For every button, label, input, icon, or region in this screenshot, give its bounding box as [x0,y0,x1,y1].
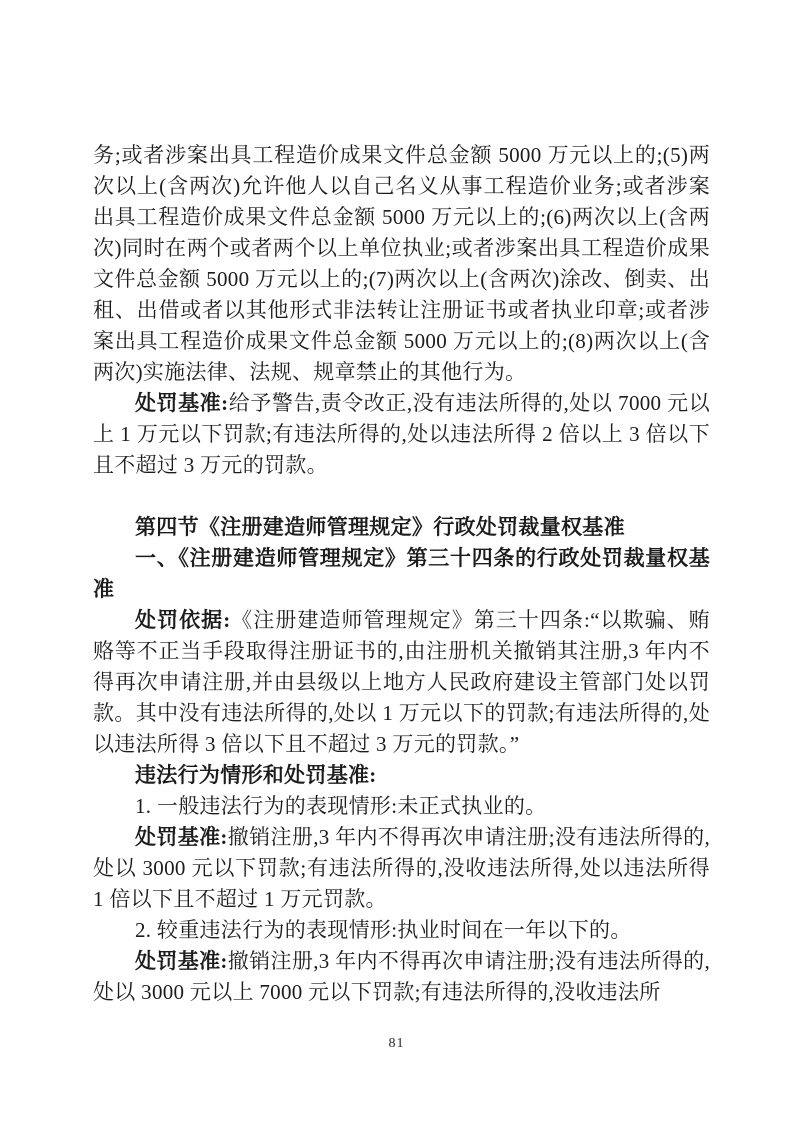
penalty-basis-label: 处罚依据: [135,608,230,632]
penalty-standard-2-label: 处罚基准: [135,949,228,973]
page-number: 81 [0,1036,793,1052]
penalty-standard-label: 处罚基准: [135,391,228,415]
continuation-paragraph: 务;或者涉案出具工程造价成果文件总金额 5000 万元以上的;(5)两次以上(含… [93,140,710,388]
penalty-basis-paragraph: 处罚依据:《注册建造师管理规定》第三十四条:“以欺骗、贿赂等不正当手段取得注册证… [93,605,710,760]
document-page: 务;或者涉案出具工程造价成果文件总金额 5000 万元以上的;(5)两次以上(含… [0,0,793,1122]
document-text-block: 务;或者涉案出具工程造价成果文件总金额 5000 万元以上的;(5)两次以上(含… [93,140,710,1008]
violation-standards-heading: 违法行为情形和处罚基准: [93,760,710,791]
section-heading: 第四节《注册建造师管理规定》行政处罚裁量权基准 [93,512,710,543]
violation-item-2: 2. 较重违法行为的表现情形:执业时间在一年以下的。 [93,915,710,946]
violation-item-1: 1. 一般违法行为的表现情形:未正式执业的。 [93,791,710,822]
penalty-standard-paragraph-2: 处罚基准:撤销注册,3 年内不得再次申请注册;没有违法所得的,处以 3000 元… [93,946,710,1008]
penalty-standard-paragraph: 处罚基准:给予警告,责令改正,没有违法所得的,处以 7000 元以上 1 万元以… [93,388,710,481]
sub-heading: 一、《注册建造师管理规定》第三十四条的行政处罚裁量权基准 [93,543,710,605]
penalty-standard-1-label: 处罚基准: [135,825,228,849]
penalty-standard-paragraph-1: 处罚基准:撤销注册,3 年内不得再次申请注册;没有违法所得的,处以 3000 元… [93,822,710,915]
